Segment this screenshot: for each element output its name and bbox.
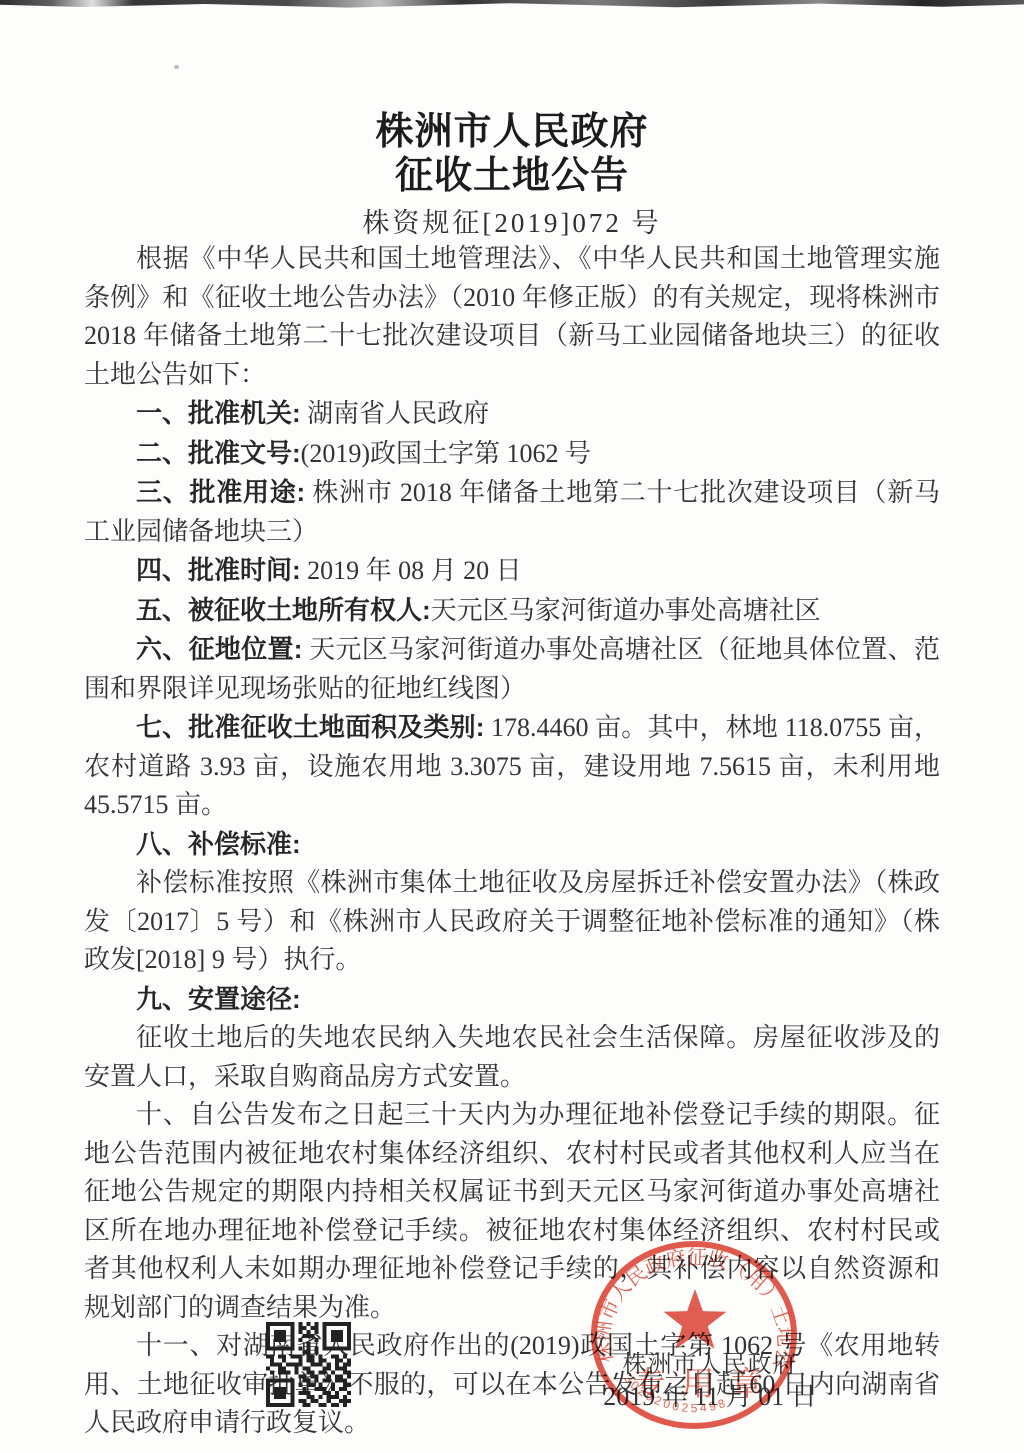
- qr-module: [290, 1399, 294, 1403]
- qr-module: [311, 1362, 315, 1366]
- qr-module: [270, 1358, 274, 1362]
- section-label: 八、补偿标准:: [136, 829, 301, 859]
- qr-module: [302, 1350, 306, 1354]
- section-label: 五、被征收土地所有权人:: [136, 595, 431, 625]
- qr-module: [290, 1387, 294, 1391]
- qr-module: [323, 1322, 327, 1326]
- qr-module: [331, 1322, 335, 1326]
- paragraph: 四、批准时间: 2019 年 08 月 20 日: [84, 551, 940, 591]
- qr-module: [331, 1346, 335, 1350]
- qr-module: [306, 1334, 310, 1338]
- qr-module: [323, 1379, 327, 1383]
- qr-module: [270, 1403, 274, 1407]
- qr-module: [290, 1383, 294, 1387]
- qr-module: [282, 1322, 286, 1326]
- qr-module: [331, 1383, 335, 1387]
- qr-module: [315, 1399, 319, 1403]
- qr-module: [327, 1362, 331, 1366]
- qr-module: [347, 1322, 351, 1326]
- qr-module: [286, 1362, 290, 1366]
- qr-module: [266, 1342, 270, 1346]
- qr-module: [339, 1346, 343, 1350]
- qr-module: [323, 1391, 327, 1395]
- qr-module: [347, 1342, 351, 1346]
- qr-module: [315, 1379, 319, 1383]
- qr-module: [335, 1354, 339, 1358]
- qr-module: [266, 1403, 270, 1407]
- qr-module: [347, 1346, 351, 1350]
- paragraph: 九、安置途径:: [84, 980, 940, 1020]
- qr-module: [327, 1322, 331, 1326]
- paragraph: 三、批准用途: 株洲市 2018 年储备土地第二十七批次建设项目（新马工业园储备…: [84, 473, 940, 551]
- qr-module: [298, 1338, 302, 1342]
- qr-module: [298, 1399, 302, 1403]
- qr-module: [282, 1358, 286, 1362]
- paragraph: 根据《中华人民共和国土地管理法》、《中华人民共和国土地管理实施条例》和《征收土地…: [84, 240, 940, 394]
- qr-module: [298, 1362, 302, 1366]
- section-text: 根据《中华人民共和国土地管理法》、《中华人民共和国土地管理实施条例》和《征收土地…: [84, 244, 940, 389]
- qr-module: [347, 1371, 351, 1375]
- qr-module: [343, 1362, 347, 1366]
- qr-module: [298, 1330, 302, 1334]
- qr-module: [335, 1330, 339, 1334]
- qr-module: [286, 1346, 290, 1350]
- qr-module: [270, 1362, 274, 1366]
- qr-module: [335, 1367, 339, 1371]
- qr-module: [311, 1334, 315, 1338]
- qr-module: [319, 1354, 323, 1358]
- qr-module: [343, 1383, 347, 1387]
- qr-module: [290, 1342, 294, 1346]
- qr-module: [323, 1330, 327, 1334]
- qr-module: [323, 1371, 327, 1375]
- qr-module: [290, 1334, 294, 1338]
- qr-module: [319, 1358, 323, 1362]
- qr-module: [282, 1379, 286, 1383]
- qr-module: [327, 1399, 331, 1403]
- qr-module: [306, 1358, 310, 1362]
- qr-module: [274, 1322, 278, 1326]
- qr-module: [302, 1326, 306, 1330]
- qr-module: [323, 1334, 327, 1338]
- qr-module: [343, 1322, 347, 1326]
- qr-module: [323, 1387, 327, 1391]
- seal-center-text: 专用章: [633, 1365, 780, 1402]
- qr-module: [290, 1346, 294, 1350]
- qr-module: [306, 1379, 310, 1383]
- qr-module: [319, 1387, 323, 1391]
- qr-module: [343, 1354, 347, 1358]
- qr-module: [347, 1358, 351, 1362]
- qr-module: [274, 1334, 278, 1338]
- qr-module: [298, 1383, 302, 1387]
- qr-module: [311, 1326, 315, 1330]
- qr-module: [315, 1362, 319, 1366]
- qr-module: [298, 1346, 302, 1350]
- qr-module: [315, 1326, 319, 1330]
- qr-module: [327, 1346, 331, 1350]
- qr-module: [286, 1379, 290, 1383]
- paragraph: 六、征地位置: 天元区马家河街道办事处高塘社区（征地具体位置、范围和界限详见现场…: [84, 630, 940, 708]
- qr-module: [335, 1391, 339, 1395]
- qr-module: [323, 1358, 327, 1362]
- section-label: 二、批准文号:: [136, 438, 301, 468]
- qr-module: [343, 1399, 347, 1403]
- section-text: 补偿标准按照《株洲市集体土地征收及房屋拆迁补偿安置办法》（株政发〔2017〕5 …: [84, 868, 940, 974]
- qr-module: [298, 1322, 302, 1326]
- qr-module: [278, 1391, 282, 1395]
- qr-module: [311, 1358, 315, 1362]
- qr-module: [347, 1383, 351, 1387]
- qr-module: [339, 1379, 343, 1383]
- qr-module: [311, 1354, 315, 1358]
- qr-module: [343, 1367, 347, 1371]
- qr-module: [306, 1322, 310, 1326]
- qr-module: [298, 1354, 302, 1358]
- qr-module: [339, 1399, 343, 1403]
- qr-module: [335, 1379, 339, 1383]
- paragraph: 八、补偿标准:: [84, 825, 940, 865]
- qr-module: [282, 1330, 286, 1334]
- qr-module: [270, 1354, 274, 1358]
- qr-module: [302, 1367, 306, 1371]
- qr-code: [266, 1322, 351, 1407]
- qr-module: [306, 1403, 310, 1407]
- qr-module: [319, 1395, 323, 1399]
- qr-module: [335, 1395, 339, 1399]
- qr-module: [266, 1326, 270, 1330]
- qr-module: [290, 1338, 294, 1342]
- qr-module: [347, 1326, 351, 1330]
- official-seal: 株洲市人民政府征收（用）土地公告 302020025498 专用章: [586, 1237, 802, 1433]
- qr-module: [319, 1383, 323, 1387]
- qr-module: [282, 1387, 286, 1391]
- qr-module: [278, 1322, 282, 1326]
- qr-module: [294, 1354, 298, 1358]
- qr-module: [290, 1379, 294, 1383]
- paragraph: 五、被征收土地所有权人:天元区马家河街道办事处高塘社区: [84, 591, 940, 631]
- qr-module: [343, 1395, 347, 1399]
- qr-module: [315, 1322, 319, 1326]
- qr-module: [306, 1371, 310, 1375]
- qr-module: [315, 1387, 319, 1391]
- qr-module: [311, 1375, 315, 1379]
- qr-module: [270, 1371, 274, 1375]
- qr-module: [306, 1383, 310, 1387]
- qr-module: [266, 1391, 270, 1395]
- qr-module: [302, 1403, 306, 1407]
- qr-module: [306, 1354, 310, 1358]
- qr-module: [282, 1334, 286, 1338]
- qr-module: [335, 1375, 339, 1379]
- qr-module: [302, 1391, 306, 1395]
- scan-artifact-speck: [174, 65, 179, 69]
- qr-module: [323, 1342, 327, 1346]
- qr-module: [282, 1354, 286, 1358]
- qr-module: [306, 1342, 310, 1346]
- qr-module: [331, 1387, 335, 1391]
- qr-module: [278, 1367, 282, 1371]
- paragraph: 补偿标准按照《株洲市集体土地征收及房屋拆迁补偿安置办法》（株政发〔2017〕5 …: [84, 864, 940, 980]
- qr-module: [266, 1387, 270, 1391]
- section-text: 2019 年 08 月 20 日: [301, 556, 522, 585]
- qr-module: [290, 1403, 294, 1407]
- qr-module: [274, 1403, 278, 1407]
- qr-module: [274, 1379, 278, 1383]
- qr-module: [278, 1395, 282, 1399]
- qr-module: [282, 1371, 286, 1375]
- qr-module: [339, 1387, 343, 1391]
- qr-module: [274, 1338, 278, 1342]
- section-label: 九、安置途径:: [136, 984, 301, 1014]
- qr-module: [266, 1395, 270, 1399]
- qr-module: [278, 1387, 282, 1391]
- qr-module: [290, 1354, 294, 1358]
- qr-module: [290, 1330, 294, 1334]
- qr-module: [347, 1399, 351, 1403]
- section-text: 十、自公告发布之日起三十天内为办理征地补偿登记手续的期限。征地公告范围内被征地农…: [84, 1100, 940, 1322]
- qr-module: [315, 1330, 319, 1334]
- qr-module: [319, 1362, 323, 1366]
- qr-module: [298, 1375, 302, 1379]
- qr-module: [282, 1367, 286, 1371]
- document-body: 根据《中华人民共和国土地管理法》、《中华人民共和国土地管理实施条例》和《征收土地…: [84, 240, 940, 1443]
- qr-module: [339, 1375, 343, 1379]
- qr-module: [278, 1362, 282, 1366]
- qr-module: [315, 1375, 319, 1379]
- section-label: 六、征地位置:: [136, 634, 302, 664]
- section-text: 天元区马家河街道办事处高塘社区: [431, 596, 821, 625]
- qr-module: [323, 1403, 327, 1407]
- document-title-line2: 征收土地公告: [0, 154, 1024, 198]
- qr-module: [315, 1338, 319, 1342]
- qr-module: [266, 1354, 270, 1358]
- section-label: 三、批准用途:: [136, 477, 305, 507]
- qr-module: [274, 1362, 278, 1366]
- qr-module: [290, 1322, 294, 1326]
- paragraph: 十、自公告发布之日起三十天内为办理征地补偿登记手续的期限。征地公告范围内被征地农…: [84, 1096, 940, 1327]
- qr-module: [335, 1338, 339, 1342]
- qr-module: [266, 1379, 270, 1383]
- qr-module: [335, 1358, 339, 1362]
- qr-module: [282, 1403, 286, 1407]
- qr-module: [302, 1387, 306, 1391]
- qr-module: [282, 1346, 286, 1350]
- qr-module: [298, 1391, 302, 1395]
- qr-module: [266, 1399, 270, 1403]
- qr-module: [331, 1354, 335, 1358]
- qr-module: [327, 1367, 331, 1371]
- qr-module: [335, 1346, 339, 1350]
- seal-star-icon: [664, 1289, 727, 1349]
- qr-module: [274, 1387, 278, 1391]
- qr-module: [339, 1338, 343, 1342]
- qr-module: [306, 1395, 310, 1399]
- qr-module: [339, 1330, 343, 1334]
- qr-module: [290, 1391, 294, 1395]
- qr-module: [298, 1358, 302, 1362]
- qr-module: [319, 1371, 323, 1375]
- qr-module: [347, 1362, 351, 1366]
- qr-module: [306, 1330, 310, 1334]
- qr-module: [302, 1375, 306, 1379]
- qr-module: [278, 1338, 282, 1342]
- qr-module: [278, 1354, 282, 1358]
- qr-module: [327, 1379, 331, 1383]
- qr-module: [331, 1403, 335, 1407]
- qr-module: [323, 1338, 327, 1342]
- document-number: 株资规征[2019]072 号: [0, 201, 1024, 240]
- paragraph: 征收土地后的失地农民纳入失地农民社会生活保障。房屋征收涉及的安置人口，采取自购商…: [84, 1019, 940, 1096]
- qr-module: [278, 1371, 282, 1375]
- qr-module: [335, 1322, 339, 1326]
- qr-module: [331, 1334, 335, 1338]
- qr-module: [270, 1379, 274, 1383]
- qr-module: [315, 1350, 319, 1354]
- qr-module: [294, 1367, 298, 1371]
- qr-module: [306, 1391, 310, 1395]
- qr-module: [343, 1346, 347, 1350]
- qr-module: [282, 1395, 286, 1399]
- qr-module: [278, 1346, 282, 1350]
- qr-module: [347, 1330, 351, 1334]
- section-label: 四、批准时间:: [136, 555, 301, 585]
- qr-module: [343, 1371, 347, 1375]
- qr-module: [298, 1326, 302, 1330]
- qr-module: [282, 1391, 286, 1395]
- qr-module: [278, 1334, 282, 1338]
- scanned-document-page: 株洲市人民政府 征收土地公告 株资规征[2019]072 号 根据《中华人民共和…: [0, 0, 1024, 1452]
- qr-module: [266, 1383, 270, 1387]
- qr-module: [302, 1379, 306, 1383]
- qr-module: [286, 1403, 290, 1407]
- qr-module: [306, 1350, 310, 1354]
- section-label: 一、批准机关:: [136, 398, 301, 428]
- qr-module: [286, 1371, 290, 1375]
- qr-module: [347, 1334, 351, 1338]
- qr-module: [347, 1338, 351, 1342]
- qr-module: [311, 1395, 315, 1399]
- qr-module: [266, 1330, 270, 1334]
- qr-module: [290, 1326, 294, 1330]
- section-label: 七、批准征收土地面积及类别:: [136, 712, 484, 742]
- qr-module: [266, 1367, 270, 1371]
- qr-module: [286, 1322, 290, 1326]
- qr-module: [319, 1403, 323, 1407]
- qr-module: [343, 1403, 347, 1407]
- qr-module: [294, 1371, 298, 1375]
- qr-module: [335, 1334, 339, 1338]
- qr-module: [278, 1330, 282, 1334]
- qr-module: [339, 1358, 343, 1362]
- qr-module: [323, 1367, 327, 1371]
- qr-module: [327, 1395, 331, 1399]
- qr-module: [266, 1334, 270, 1338]
- qr-module: [343, 1379, 347, 1383]
- qr-module: [270, 1322, 274, 1326]
- qr-module: [302, 1399, 306, 1403]
- qr-module: [274, 1395, 278, 1399]
- qr-module: [266, 1346, 270, 1350]
- paragraph: 一、批准机关: 湖南省人民政府: [84, 394, 940, 434]
- qr-module: [266, 1322, 270, 1326]
- qr-module: [306, 1367, 310, 1371]
- qr-module: [290, 1395, 294, 1399]
- qr-module: [331, 1330, 335, 1334]
- section-text: 征收土地后的失地农民纳入失地农民社会生活保障。房屋征收涉及的安置人口，采取自购商…: [84, 1023, 940, 1091]
- qr-module: [323, 1346, 327, 1350]
- qr-module: [339, 1322, 343, 1326]
- qr-module: [311, 1371, 315, 1375]
- qr-module: [278, 1403, 282, 1407]
- qr-module: [331, 1371, 335, 1375]
- qr-module: [306, 1346, 310, 1350]
- qr-module: [315, 1346, 319, 1350]
- qr-module: [339, 1334, 343, 1338]
- paragraph: 七、批准征收土地面积及类别: 178.4460 亩。其中，林地 118.0755…: [84, 708, 940, 825]
- document-title-line1: 株洲市人民政府: [0, 110, 1024, 154]
- qr-module: [331, 1338, 335, 1342]
- qr-module: [343, 1387, 347, 1391]
- section-text: 湖南省人民政府: [301, 399, 490, 428]
- qr-module: [266, 1338, 270, 1342]
- qr-module: [274, 1330, 278, 1334]
- qr-module: [282, 1338, 286, 1342]
- qr-module: [274, 1346, 278, 1350]
- qr-module: [347, 1391, 351, 1395]
- qr-module: [327, 1375, 331, 1379]
- qr-module: [347, 1375, 351, 1379]
- qr-module: [335, 1403, 339, 1407]
- qr-module: [335, 1362, 339, 1366]
- qr-module: [278, 1379, 282, 1383]
- qr-module: [302, 1334, 306, 1338]
- qr-module: [311, 1399, 315, 1403]
- qr-module: [339, 1367, 343, 1371]
- qr-module: [294, 1362, 298, 1366]
- paragraph: 二、批准文号:(2019)政国土字第 1062 号: [84, 434, 940, 474]
- section-text: (2019)政国土字第 1062 号: [301, 439, 591, 468]
- qr-module: [323, 1326, 327, 1330]
- qr-module: [274, 1391, 278, 1395]
- qr-module: [327, 1391, 331, 1395]
- qr-module: [270, 1346, 274, 1350]
- qr-module: [331, 1395, 335, 1399]
- qr-module: [290, 1362, 294, 1366]
- scan-artifact-top-edge: [0, 0, 1024, 8]
- qr-module: [311, 1383, 315, 1387]
